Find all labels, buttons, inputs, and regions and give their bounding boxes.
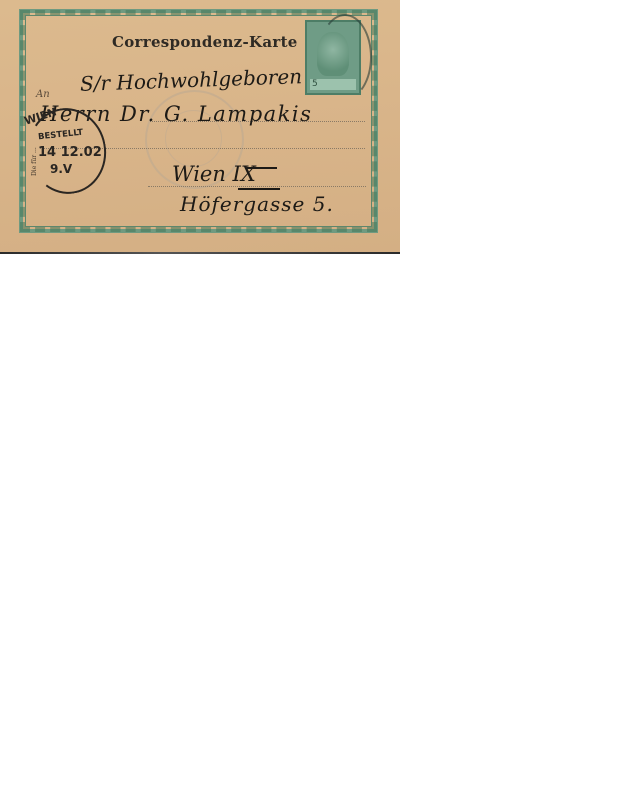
district-overline [247, 167, 277, 169]
side-note: Die für ... [31, 147, 38, 176]
address-line-dots-3 [148, 186, 366, 187]
address-prefix: An [36, 89, 50, 100]
address-line-3: Wien IX [172, 162, 256, 186]
address-line-4: Höfergasse 5. [180, 192, 334, 216]
postmark-time: 9.V [50, 162, 72, 176]
stamp-cancellation-mark [318, 14, 372, 100]
district-underline [238, 188, 280, 190]
postmark-date: 14 12.02 [38, 145, 102, 160]
postcard: Correspondenz-Karte 5 An S/r Hochwohlgeb… [0, 0, 400, 252]
card-title: Correspondenz-Karte [112, 33, 298, 51]
